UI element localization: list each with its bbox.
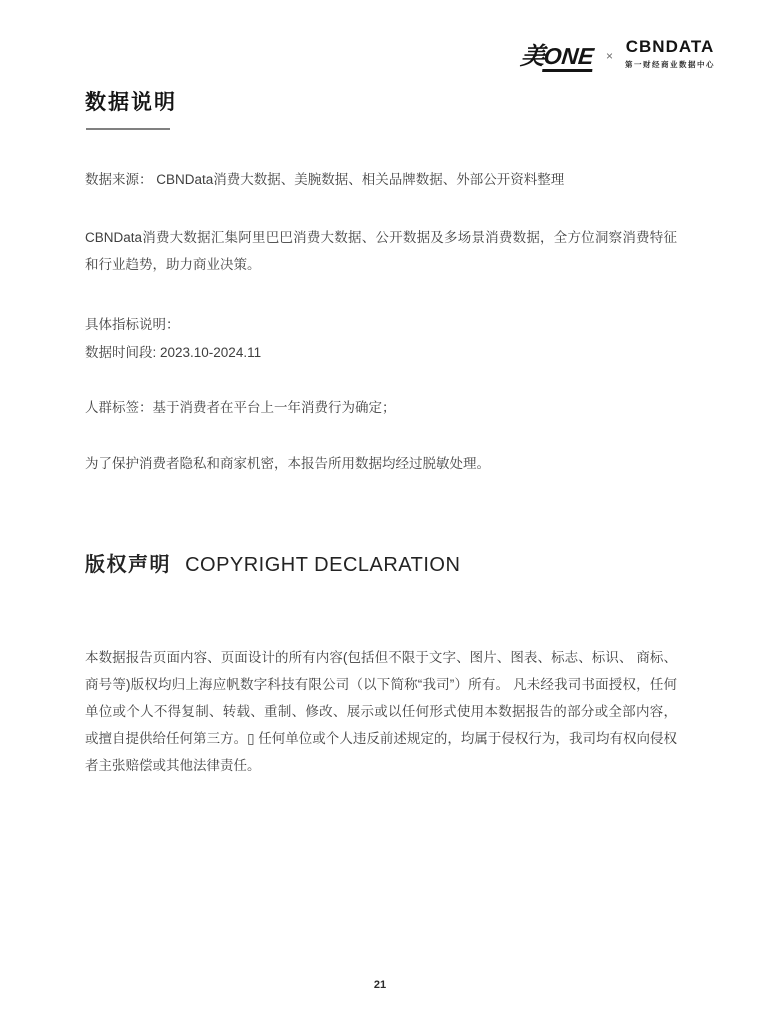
title-underline-rule — [86, 128, 170, 130]
copyright-title-zh: 版权声明 — [85, 554, 171, 576]
paragraph-data-source: 数据来源： CBNData消费大数据、美腕数据、相关品牌数据、外部公开资料整理 — [85, 166, 677, 193]
paragraph-metrics-label: 具体指标说明： — [85, 311, 677, 338]
paragraph-privacy-note: 为了保护消费者隐私和商家机密，本报告所用数据均经过脱敏处理。 — [85, 450, 677, 477]
cbndata-logo: CBNDATA — [626, 38, 715, 57]
paragraph-cbndata-intro: CBNData消费大数据汇集阿里巴巴消费大数据、公开数据及多场景消费数据，全方位… — [85, 224, 677, 278]
paragraph-time-range: 数据时间段: 2023.10-2024.11 — [85, 339, 677, 366]
cbndata-caption: 第一财经商业数据中心 — [625, 59, 715, 70]
report-page: 美 ONE × CBNDATA 第一财经商业数据中心 数据说明 数据来源： CB… — [0, 0, 760, 1024]
copyright-title-en: COPYRIGHT DECLARATION — [185, 554, 460, 576]
page-number: 21 — [0, 979, 760, 991]
meione-logo: 美 ONE — [519, 36, 596, 72]
meione-logo-en: ONE — [542, 45, 595, 72]
paragraph-copyright-body: 本数据报告页面内容、页面设计的所有内容(包括但不限于文字、图片、图表、标志、标识… — [85, 644, 677, 779]
header-logos: 美 ONE × CBNDATA 第一财经商业数据中心 — [521, 36, 715, 72]
cbndata-logo-block: CBNDATA 第一财经商业数据中心 — [625, 38, 715, 71]
copyright-title: 版权声明 COPYRIGHT DECLARATION — [85, 548, 460, 577]
paragraph-crowd-tag: 人群标签：基于消费者在平台上一年消费行为确定； — [85, 394, 677, 421]
logo-x-separator: × — [605, 49, 614, 63]
data-description-title: 数据说明 — [85, 86, 177, 116]
